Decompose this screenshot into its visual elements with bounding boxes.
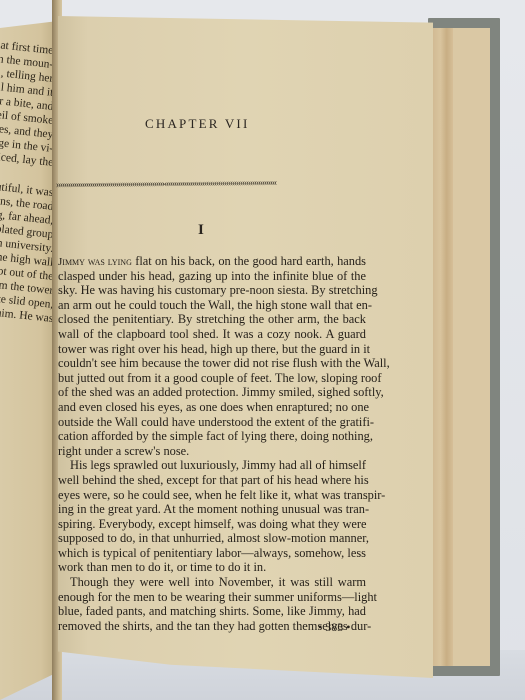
chapter-title: CHAPTER VII bbox=[145, 116, 250, 132]
text-line: and even closed his eyes, as one does wh… bbox=[58, 400, 366, 415]
text-line: Jimmy was lying flat on his back, on the… bbox=[58, 254, 366, 269]
text-line: cation afforded by the simple fact of ly… bbox=[58, 429, 366, 444]
text-line: right under a screw's nose. bbox=[58, 444, 366, 459]
text-line: spiring. Everybody, except himself, was … bbox=[58, 517, 366, 532]
text-line: which is typical of penitentiary labor—a… bbox=[58, 546, 366, 561]
text-line: work than men to do it, or time to do it… bbox=[58, 560, 366, 575]
body-text: Jimmy was lying flat on his back, on the… bbox=[58, 254, 366, 633]
text-line: blue, faded pants, and matching shirts. … bbox=[58, 604, 366, 619]
left-page: hat first time n the moun- , telling her… bbox=[0, 0, 58, 700]
text-line: tower was right over his head, high up t… bbox=[58, 342, 366, 357]
page-number: • 383 • bbox=[318, 620, 350, 635]
opening-smallcaps: Jimmy was lying bbox=[58, 256, 132, 268]
section-number: I bbox=[198, 222, 204, 239]
text-line: sky. He was having his customary pre-noo… bbox=[58, 283, 366, 298]
text-line: Though they were well into November, it … bbox=[58, 575, 366, 590]
text-line: couldn't see him because the tower did n… bbox=[58, 356, 366, 371]
text-line: well behind the shed, except for that pa… bbox=[58, 473, 366, 488]
text-line: enough for the men to be wearing their s… bbox=[58, 590, 366, 605]
text-line: but jutted out from it a good couple of … bbox=[58, 371, 366, 386]
text-line: an arm out he could touch the Wall, the … bbox=[58, 298, 366, 313]
text-line: ing in the great yard. At the moment not… bbox=[58, 502, 366, 517]
text-line: outside the Wall could have understood t… bbox=[58, 415, 366, 430]
text-line: eyes were, so he could see, when he felt… bbox=[58, 488, 366, 503]
text-line: His legs sprawled out luxuriously, Jimmy… bbox=[58, 458, 366, 473]
page-edges bbox=[428, 28, 490, 666]
text-line: supposed to do, in that unhurried, almos… bbox=[58, 531, 366, 546]
text-line: clasped under his head, gazing up into t… bbox=[58, 269, 366, 284]
text-line: of the shed was an added protection. Jim… bbox=[58, 385, 366, 400]
text-line: closed the penitentiary. By stretching t… bbox=[58, 312, 366, 327]
text-line: wall of the clapboard tool shed. It was … bbox=[58, 327, 366, 342]
